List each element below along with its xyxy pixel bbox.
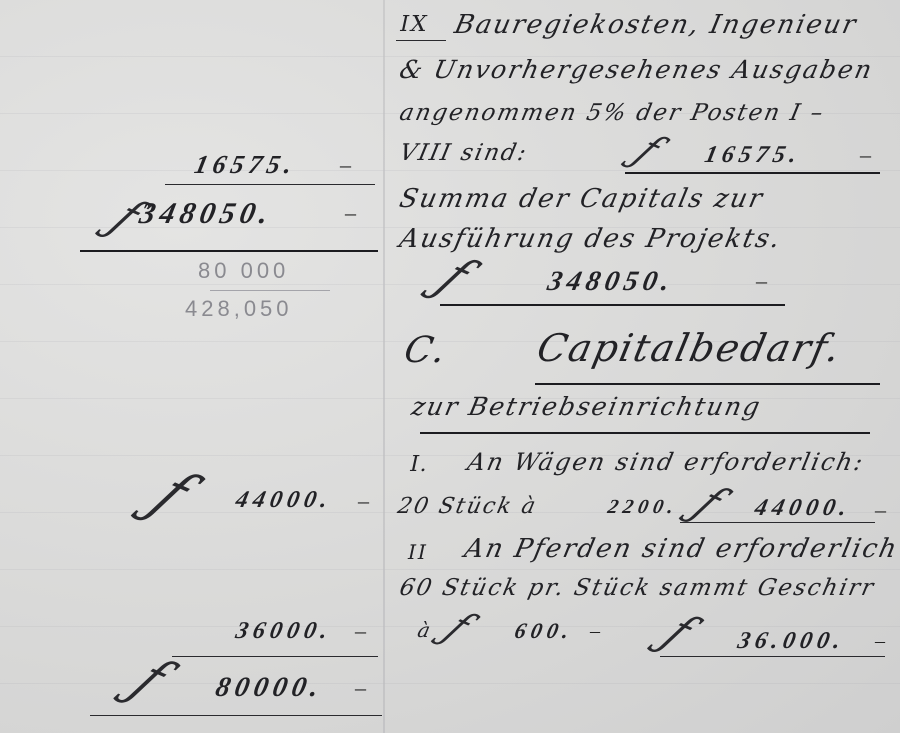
dash: –	[358, 488, 369, 514]
section-ix-line-1: Bauregiekosten, Ingenieur	[452, 10, 860, 40]
section-c-heading: Capitalbedarf.	[533, 326, 845, 370]
section-numeral-ix: IX	[397, 12, 431, 37]
florin-symbol-icon: ƒ	[651, 604, 706, 661]
ledger-page: 16575. – ƒ 348050. – 80 000 428,050 ƒ 44…	[0, 0, 900, 733]
florin-symbol-icon: ƒ	[135, 458, 207, 531]
florin-symbol-icon: ƒ	[434, 604, 481, 652]
section-ix-line-4: VIII sind:	[397, 140, 530, 166]
dash: –	[355, 675, 366, 701]
item-ii-numeral: II	[405, 540, 430, 564]
dash: –	[355, 618, 366, 644]
florin-symbol-icon: ƒ	[424, 247, 484, 308]
dash: –	[340, 152, 351, 178]
double-rule	[80, 250, 378, 252]
subheading-underline	[420, 432, 870, 434]
item-i-unit-price: 2200.	[606, 496, 681, 519]
item-i-line-1: An Wägen sind erforderlich:	[465, 448, 867, 476]
rule-line	[680, 522, 875, 523]
section-ix-line-2: & Unvorhergesehenes Ausgaben	[397, 55, 876, 84]
item-i-numeral: I.	[407, 452, 432, 477]
rule-line	[90, 715, 382, 716]
rule-line	[396, 40, 446, 41]
dash: –	[756, 268, 767, 294]
section-ix-amount: 16575.	[702, 142, 804, 169]
item-i-amount-left: 44000.	[233, 487, 335, 514]
rule-line	[165, 184, 375, 185]
item-ii-amount-left: 36000.	[233, 618, 335, 645]
item-ii-unit-price: 600.	[512, 618, 576, 644]
carry-amount-ix: 16575.	[192, 150, 300, 180]
total-amount-b: 348050.	[136, 197, 276, 231]
heading-underline	[535, 383, 880, 385]
dash: –	[590, 620, 600, 643]
florin-symbol-icon: ƒ	[118, 646, 183, 712]
rule-line	[660, 656, 885, 657]
section-c-subheading: zur Betriebseinrichtung	[409, 392, 764, 421]
florin-symbol-icon: ƒ	[624, 127, 671, 175]
section-ix-line-3: angenommen 5% der Posten I –	[397, 100, 827, 126]
summary-line-1: Summa der Capitals zur	[397, 184, 767, 214]
pencil-rule	[210, 290, 330, 291]
rule-line	[625, 172, 880, 174]
item-ii-line-1: An Pferden sind erforderlich	[462, 534, 900, 564]
pencil-note-total: 428,050	[185, 296, 293, 322]
section-letter-c: C.	[401, 330, 451, 371]
item-i-amount: 44000.	[752, 495, 854, 522]
rule-line	[172, 656, 378, 657]
item-ii-amount: 36.000.	[735, 628, 848, 655]
item-ii-line-2: 60 Stück pr. Stück sammt Geschirr	[397, 575, 877, 601]
column-divider	[383, 0, 385, 733]
rule-line	[440, 304, 785, 306]
item-ii-a-prefix: à	[415, 618, 434, 642]
dash: –	[860, 142, 871, 168]
pencil-note-addend: 80 000	[198, 258, 289, 284]
summary-line-2: Ausführung des Projekts.	[397, 224, 785, 254]
total-amount-c: 80000.	[213, 672, 327, 704]
summary-amount: 348050.	[545, 266, 678, 298]
dash: –	[875, 630, 885, 653]
item-i-quantity: 20 Stück à	[395, 494, 539, 519]
dash: –	[345, 200, 356, 226]
dash: –	[875, 497, 886, 523]
